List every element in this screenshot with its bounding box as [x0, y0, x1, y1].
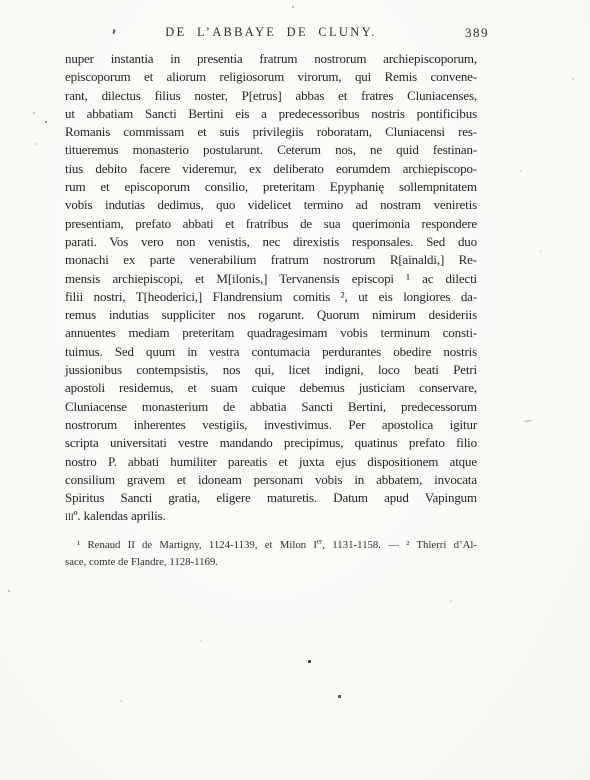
- footnote-text-pre: ¹ Renaud II de Martigny, 1124-1139, et M…: [77, 539, 317, 551]
- footnote-text-post: , 1131-1158. — ² Thierri d’Al-: [322, 539, 477, 551]
- text-line: vobis indutias dedimus, quo videlicet te…: [65, 196, 477, 214]
- text-line: rum et episcoporum consilio, preteritam …: [65, 178, 477, 196]
- header-title: DE L’ABBAYE DE CLUNY.: [165, 25, 376, 39]
- text-line: titueremus monasterio postularunt. Ceter…: [65, 141, 477, 159]
- text-line: filii nostri, T[heoderici,] Flandrensium…: [65, 288, 477, 306]
- scan-speckle: [120, 700, 122, 702]
- text-line: jussionibus contempsistis, nos qui, lice…: [65, 361, 477, 379]
- text-line: episcoporum et aliorum religiosorum viro…: [65, 68, 477, 86]
- text-line: Romanis commissam et suis privilegiis ro…: [65, 123, 477, 141]
- running-header: DE L’ABBAYE DE CLUNY. 389: [65, 25, 477, 43]
- scan-speckle: [572, 78, 574, 80]
- text-line: tuimus. Sed quum in vestra contumacia pe…: [65, 343, 477, 361]
- scan-speckle: [45, 121, 47, 123]
- scan-speckle: [338, 695, 341, 698]
- text-line: presentiam, prefato abbati et fratribus …: [65, 215, 477, 233]
- scan-speckle: [520, 170, 522, 172]
- text-line: Cluniacense monasterium de abbatia Sanct…: [65, 398, 477, 416]
- scan-speckle: [308, 660, 311, 663]
- text-line-last: iiiº. kalendas aprilis.: [65, 507, 477, 525]
- text-line: scripta universitati vestre mandando pre…: [65, 434, 477, 452]
- text-line: rant, dilectus filius noster, P[etrus] a…: [65, 87, 477, 105]
- scan-speckle: [35, 143, 37, 145]
- scanned-book-page: DE L’ABBAYE DE CLUNY. 389 nuper instanti…: [0, 0, 590, 780]
- text-line: monachi ex parte venerabilium fratrum no…: [65, 251, 477, 269]
- text-line: annuentes mediam preteritam quadragesima…: [65, 324, 477, 342]
- text-line: nostrorum inherentes vestigiis, investiv…: [65, 416, 477, 434]
- footnote: ¹ Renaud II de Martigny, 1124-1139, et M…: [65, 537, 477, 571]
- roman-numeral: iii: [65, 508, 74, 523]
- footnote-line-1: ¹ Renaud II de Martigny, 1124-1139, et M…: [65, 537, 477, 554]
- text-line: parati. Vos vero non venistis, nec direx…: [65, 233, 477, 251]
- scan-speckle: [200, 640, 202, 642]
- text-line: remus indutias suppliciter nos rogarunt.…: [65, 306, 477, 324]
- scan-speckle: [450, 600, 452, 602]
- text-line: mensis archiepiscopi, et M[ilonis,] Terv…: [65, 270, 477, 288]
- scan-speckle: [33, 112, 35, 114]
- text-line: tius debito facere videremur, ex deliber…: [65, 160, 477, 178]
- text-line: nostro P. abbati humiliter pareatis et j…: [65, 453, 477, 471]
- scan-speckle: [292, 6, 294, 8]
- text-line: ut abbatiam Sancti Bertini eis a predece…: [65, 105, 477, 123]
- scan-speckle: [523, 419, 533, 422]
- text-line: Spiritus Sancti gratia, eligere matureti…: [65, 489, 477, 507]
- text-line: consilium gravem et idoneam personam vob…: [65, 471, 477, 489]
- body-text: nuper instantia in presentia fratrum nos…: [65, 50, 477, 526]
- footnote-line-2: sace, comte de Flandre, 1128-1169.: [65, 554, 477, 571]
- last-line-rest: º. kalendas aprilis.: [74, 508, 166, 523]
- page-number: 389: [465, 25, 489, 41]
- text-line: apostoli residemus, et suam cuique debem…: [65, 379, 477, 397]
- scan-speckle: [8, 590, 10, 592]
- scan-speckle: [540, 250, 542, 252]
- text-line: nuper instantia in presentia fratrum nos…: [65, 50, 477, 68]
